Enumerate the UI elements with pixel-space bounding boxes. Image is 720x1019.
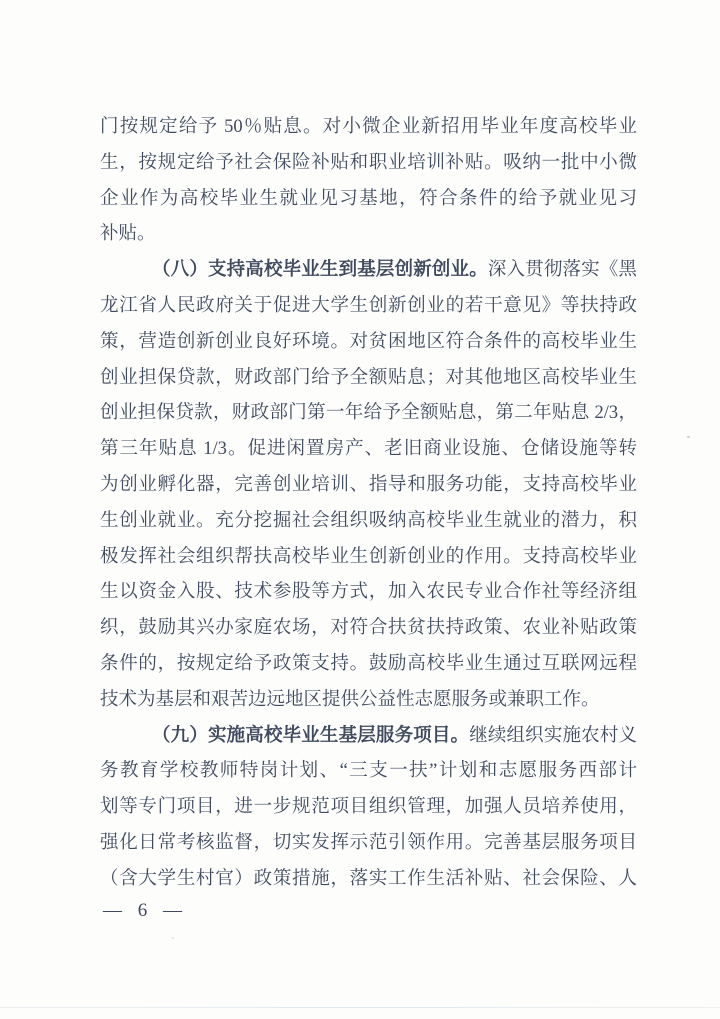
scan-speck: [687, 436, 690, 438]
document-line: 织，鼓励其兴办家庭农场，对符合扶贫扶持政策、农业补贴政策: [100, 611, 637, 647]
document-line: 强化日常考核监督，切实发挥示范引领作用。完善基层服务项目: [100, 826, 637, 862]
document-line: 极发挥社会组织帮扶高校毕业生创新创业的作用。支持高校毕业: [100, 540, 637, 576]
document-line: （八）支持高校毕业生到基层创新创业。深入贯彻落实《黑: [100, 253, 637, 289]
document-line: 第三年贴息 1/3。促进闲置房产、老旧商业设施、仓储设施等转: [100, 432, 637, 468]
document-line: 创业担保贷款，财政部门给予全额贴息；对其他地区高校毕业生: [100, 361, 637, 397]
document-line: 生以资金入股、技术参股等方式，加入农民专业合作社等经济组: [100, 575, 637, 611]
text-block: 门按规定给予 50％贴息。对小微企业新招用毕业年度高校毕业生，按规定给予社会保险…: [100, 110, 637, 898]
document-line: 门按规定给予 50％贴息。对小微企业新招用毕业年度高校毕业: [100, 110, 637, 146]
document-line: 生，按规定给予社会保险补贴和职业培训补贴。吸纳一批中小微: [100, 146, 637, 182]
document-line: 创业担保贷款，财政部门第一年给予全额贴息，第二年贴息 2/3，: [100, 396, 637, 432]
document-line: 划等专门项目，进一步规范项目组织管理，加强人员培养使用，: [100, 790, 637, 826]
paragraph-heading: （八）支持高校毕业生到基层创新创业。: [152, 260, 488, 280]
scan-speck: [172, 937, 174, 939]
document-line: 条件的，按规定给予政策支持。鼓励高校毕业生通过互联网远程: [100, 647, 637, 683]
document-line: 龙江省人民政府关于促进大学生创新创业的若干意见》等扶持政: [100, 289, 637, 325]
document-line: 生创业就业。充分挖掘社会组织吸纳高校毕业生就业的潜力，积: [100, 504, 637, 540]
scan-edge-line: [0, 1007, 720, 1008]
document-line: 技术为基层和艰苦边远地区提供公益性志愿服务或兼职工作。: [100, 683, 637, 719]
paragraph-heading: （九）实施高校毕业生基层服务项目。: [152, 726, 469, 746]
document-page: 门按规定给予 50％贴息。对小微企业新招用毕业年度高校毕业生，按规定给予社会保险…: [0, 0, 720, 1019]
document-line: 为创业孵化器，完善创业培训、指导和服务功能，支持高校毕业: [100, 468, 637, 504]
document-line: （九）实施高校毕业生基层服务项目。继续组织实施农村义: [100, 719, 637, 755]
document-line: 补贴。: [100, 217, 637, 253]
document-line: 企业作为高校毕业生就业见习基地，符合条件的给予就业见习: [100, 182, 637, 218]
document-line: （含大学生村官）政策措施，落实工作生活补贴、社会保险、人: [100, 862, 637, 898]
document-line: 务教育学校教师特岗计划、“三支一扶”计划和志愿服务西部计: [100, 754, 637, 790]
document-line: 策，营造创新创业良好环境。对贫困地区符合条件的高校毕业生: [100, 325, 637, 361]
page-number: — 6 —: [103, 898, 183, 924]
